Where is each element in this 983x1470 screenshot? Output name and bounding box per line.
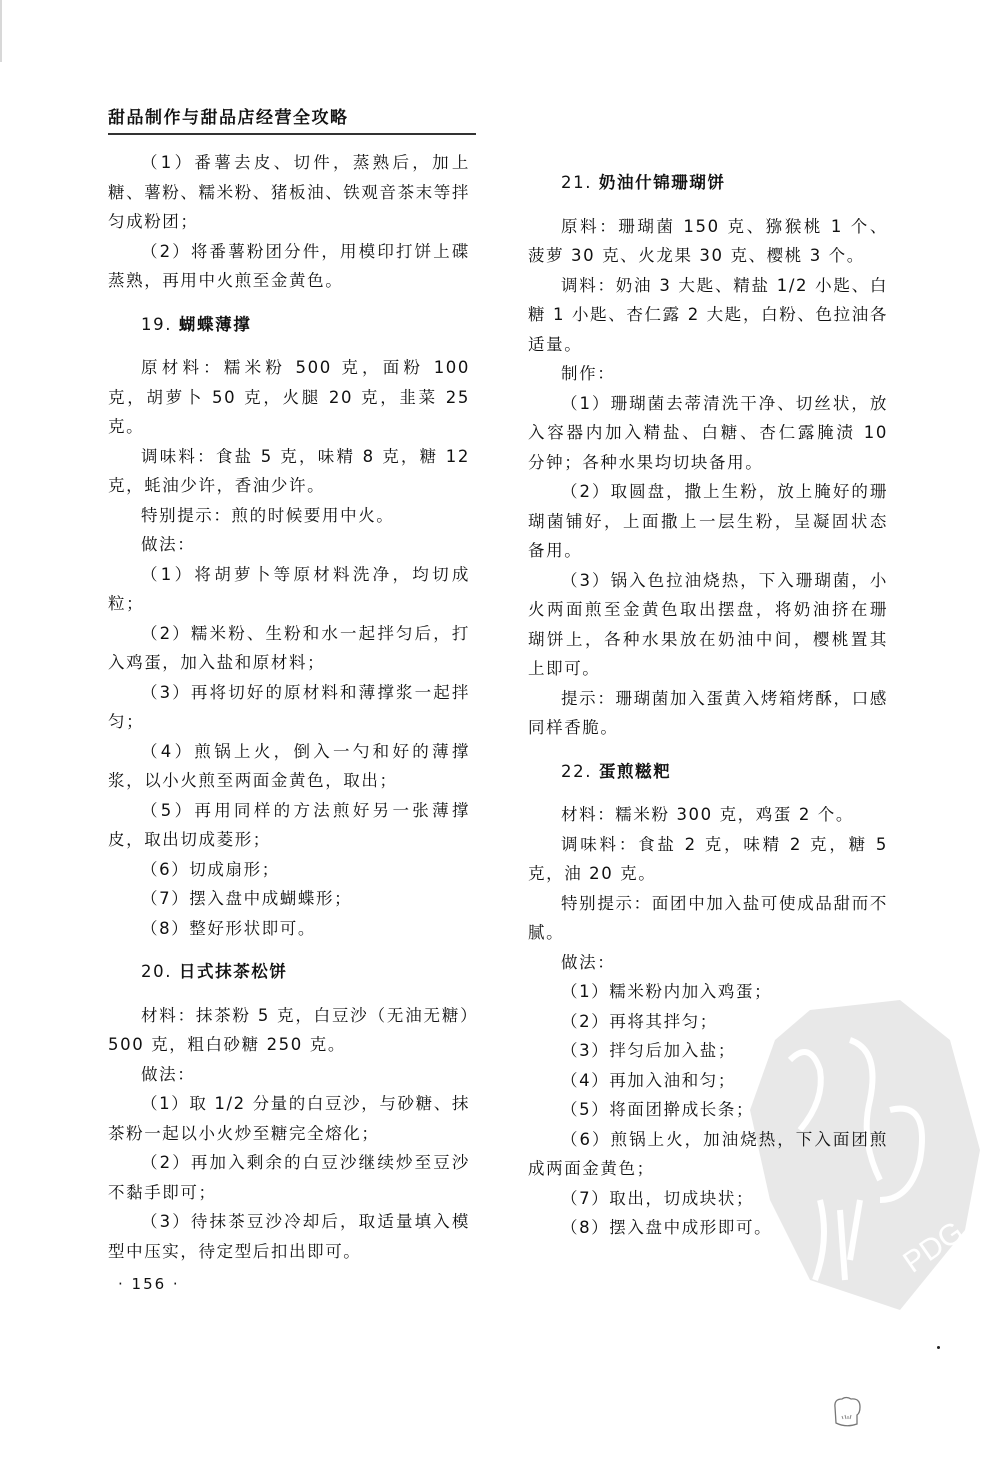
- recipe-22-step-1: （1）糯米粉内加入鸡蛋；: [528, 977, 888, 1007]
- recipe-19-heading: 19. 蝴蝶薄撑: [108, 310, 470, 340]
- recipe-20-ingredients: 材料：抹茶粉 5 克，白豆沙（无油无糖）500 克，粗白砂糖 250 克。: [108, 1001, 470, 1060]
- recipe-21-number: 21.: [561, 173, 592, 192]
- recipe-20-step-3: （3）待抹茶豆沙冷却后，取适量填入模型中压实，待定型后扣出即可。: [108, 1207, 470, 1266]
- recipe-20-method-label: 做法：: [108, 1060, 470, 1090]
- recipe-19-step-4: （4）煎锅上火，倒入一勺和好的薄撑浆，以小火煎至两面金黄色，取出；: [108, 737, 470, 796]
- left-column: （1）番薯去皮、切件，蒸熟后，加上糖、薯粉、糯米粉、猪板油、铁观音茶末等拌匀成粉…: [108, 148, 470, 1266]
- scan-edge: [0, 0, 2, 62]
- recipe-19-step-8: （8）整好形状即可。: [108, 914, 470, 944]
- recipe-20-title: 日式抹茶松饼: [179, 962, 288, 981]
- page-number: · 156 ·: [118, 1275, 180, 1293]
- recipe-21-tip: 提示：珊瑚菌加入蛋黄入烤箱烤酥，口感同样香脆。: [528, 684, 888, 743]
- recipe-20-step-1: （1）取 1/2 分量的白豆沙，与砂糖、抹茶粉一起以小火炒至糖完全熔化；: [108, 1089, 470, 1148]
- recipe-19-seasoning: 调味料：食盐 5 克，味精 8 克，糖 12 克，蚝油少许，香油少许。: [108, 442, 470, 501]
- chef-hat-icon: [830, 1395, 866, 1431]
- recipe-19-step-1: （1）将胡萝卜等原材料洗净，均切成粒；: [108, 560, 470, 619]
- recipe-22-method-label: 做法：: [528, 948, 888, 978]
- recipe-21-method-label: 制作：: [528, 359, 888, 389]
- recipe-19-method-label: 做法：: [108, 530, 470, 560]
- recipe-22-number: 22.: [561, 762, 592, 781]
- recipe-22-step-5: （5）将面团擀成长条；: [528, 1095, 888, 1125]
- recipe-21-seasoning: 调料：奶油 3 大匙、精盐 1/2 小匙、白糖 1 小匙、杏仁露 2 大匙，白粉…: [528, 271, 888, 360]
- recipe-22-heading: 22. 蛋煎糍粑: [528, 757, 888, 787]
- recipe-22-step-7: （7）取出，切成块状；: [528, 1184, 888, 1214]
- recipe-22-step-3: （3）拌匀后加入盐；: [528, 1036, 888, 1066]
- recipe-22-ingredients: 材料：糯米粉 300 克，鸡蛋 2 个。: [528, 800, 888, 830]
- recipe-22-step-8: （8）摆入盘中成形即可。: [528, 1213, 888, 1243]
- intro-step-1: （1）番薯去皮、切件，蒸熟后，加上糖、薯粉、糯米粉、猪板油、铁观音茶末等拌匀成粉…: [108, 148, 470, 237]
- recipe-21-ingredients: 原料：珊瑚菌 150 克、猕猴桃 1 个、菠萝 30 克、火龙果 30 克、樱桃…: [528, 212, 888, 271]
- recipe-21-heading: 21. 奶油什锦珊瑚饼: [528, 168, 888, 198]
- recipe-22-step-2: （2）再将其拌匀；: [528, 1007, 888, 1037]
- scan-speck: [937, 1346, 940, 1349]
- right-column: 21. 奶油什锦珊瑚饼 原料：珊瑚菌 150 克、猕猴桃 1 个、菠萝 30 克…: [528, 168, 888, 1243]
- recipe-22-step-6: （6）煎锅上火，加油烧热，下入面团煎成两面金黄色；: [528, 1125, 888, 1184]
- recipe-21-step-2: （2）取圆盘，撒上生粉，放上腌好的珊瑚菌铺好，上面撒上一层生粉，呈凝固状态备用。: [528, 477, 888, 566]
- recipe-19-step-2: （2）糯米粉、生粉和水一起拌匀后，打入鸡蛋，加入盐和原材料；: [108, 619, 470, 678]
- intro-step-2: （2）将番薯粉团分件，用模印打饼上碟蒸熟，再用中火煎至金黄色。: [108, 237, 470, 296]
- recipe-22-step-4: （4）再加入油和匀；: [528, 1066, 888, 1096]
- recipe-20-heading: 20. 日式抹茶松饼: [108, 957, 470, 987]
- recipe-21-step-3: （3）锅入色拉油烧热，下入珊瑚菌，小火两面煎至金黄色取出摆盘，将奶油挤在珊瑚饼上…: [528, 566, 888, 684]
- recipe-22-title: 蛋煎糍粑: [599, 762, 671, 781]
- recipe-19-title: 蝴蝶薄撑: [179, 315, 251, 334]
- recipe-19-step-5: （5）再用同样的方法煎好另一张薄撑皮，取出切成菱形；: [108, 796, 470, 855]
- recipe-19-step-7: （7）摆入盘中成蝴蝶形；: [108, 884, 470, 914]
- recipe-22-seasoning: 调味料：食盐 2 克，味精 2 克，糖 5 克，油 20 克。: [528, 830, 888, 889]
- recipe-19-tip: 特别提示：煎的时候要用中火。: [108, 501, 470, 531]
- recipe-19-step-6: （6）切成扇形；: [108, 855, 470, 885]
- recipe-19-step-3: （3）再将切好的原材料和薄撑浆一起拌匀；: [108, 678, 470, 737]
- recipe-21-title: 奶油什锦珊瑚饼: [599, 173, 726, 192]
- recipe-19-number: 19.: [141, 315, 172, 334]
- recipe-20-step-2: （2）再加入剩余的白豆沙继续炒至豆沙不黏手即可；: [108, 1148, 470, 1207]
- recipe-22-tip: 特别提示：面团中加入盐可使成品甜而不腻。: [528, 889, 888, 948]
- header-rule: [108, 133, 476, 135]
- recipe-21-step-1: （1）珊瑚菌去蒂清洗干净、切丝状，放入容器内加入精盐、白糖、杏仁露腌渍 10 分…: [528, 389, 888, 478]
- running-head: 甜品制作与甜品店经营全攻略: [108, 103, 349, 128]
- recipe-20-number: 20.: [141, 962, 172, 981]
- recipe-19-ingredients: 原材料：糯米粉 500 克，面粉 100 克，胡萝卜 50 克，火腿 20 克，…: [108, 353, 470, 442]
